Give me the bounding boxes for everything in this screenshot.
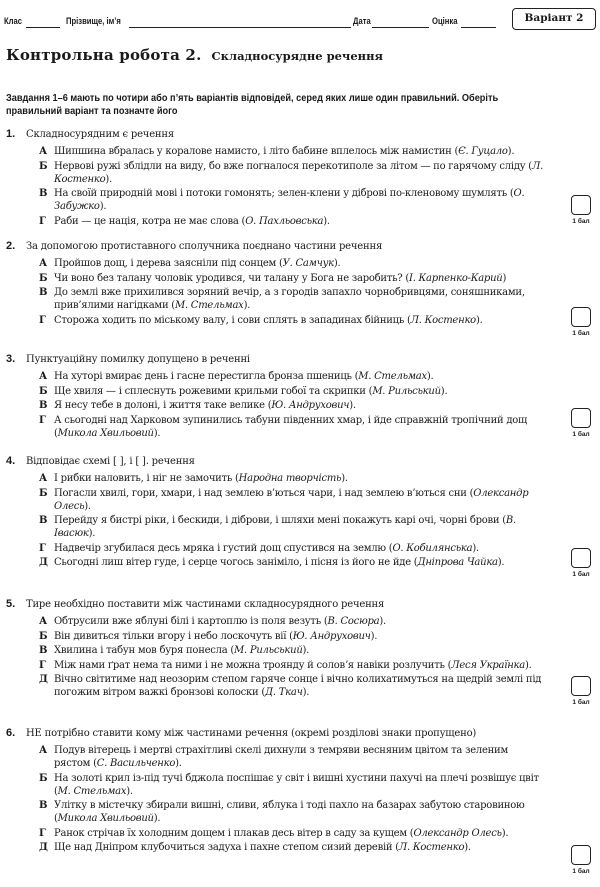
option-end: ). xyxy=(154,813,161,824)
option-author: Л. Костенко xyxy=(399,842,464,853)
option-end: ). xyxy=(371,631,378,642)
question-header: 6.НЕ потрібно ставити кому між частинами… xyxy=(6,726,596,741)
task-5: 5.Тире необхідно поставити між частинами… xyxy=(6,597,596,701)
option-item[interactable]: АОбтрусили вже яблуні білі і картоплю із… xyxy=(39,615,544,628)
option-item[interactable]: ГНадвечір згубилася десь мряка і густий … xyxy=(39,542,544,555)
option-item[interactable]: ВУлітку в містечку збирали вишні, сливи,… xyxy=(39,799,544,825)
answer-area-2: 1 бал xyxy=(569,307,593,337)
option-author: Народна творчість xyxy=(239,473,342,484)
option-letter: Д xyxy=(39,841,48,854)
title-sub: Складносурядне речення xyxy=(212,49,384,63)
option-item[interactable]: БПогасли хвилі, гори, хмари, і над земле… xyxy=(39,487,544,513)
option-letter: Б xyxy=(39,772,47,785)
question-text: За допомогою протиставного сполучника по… xyxy=(26,241,382,252)
option-author: Д. Ткач xyxy=(265,687,303,698)
option-text: Ранок стрічав їх холодним дощем і плакав… xyxy=(54,828,413,839)
question-text: Складносурядним є речення xyxy=(26,129,174,140)
task-3: 3.Пунктуаційну помилку допущено в реченн… xyxy=(6,352,596,441)
answer-box[interactable] xyxy=(571,408,591,428)
option-text: Обтрусили вже яблуні білі і картоплю із … xyxy=(54,616,327,627)
option-text: Між нами ґрат нема та ними і не можна тр… xyxy=(54,660,451,671)
option-letter: А xyxy=(39,370,47,383)
option-end: ). xyxy=(323,216,330,227)
task-4: 4.Відповідає схемі [ ], і [ ]. реченняАІ… xyxy=(6,454,596,571)
option-item[interactable]: ВПерейду я бистрі ріки, і бескиди, і діб… xyxy=(39,514,544,540)
option-text: Сторожа ходить по міському валу, і сови … xyxy=(54,315,411,326)
option-letter: А xyxy=(39,145,47,158)
option-item[interactable]: ВЯ несу тебе в долоні, і життя таке вели… xyxy=(39,399,544,412)
option-author: В. Сосюра xyxy=(327,616,379,627)
option-letter: Б xyxy=(39,160,47,173)
task-6: 6.НЕ потрібно ставити кому між частинами… xyxy=(6,726,596,856)
option-letter: В xyxy=(39,514,47,527)
option-item[interactable]: БНервові ружі зблідли на виду, бо вже по… xyxy=(39,160,544,186)
option-letter: В xyxy=(39,799,47,812)
question-header: 3.Пунктуаційну помилку допущено в реченн… xyxy=(6,352,596,367)
date-field[interactable] xyxy=(372,27,429,28)
option-end: ). xyxy=(100,201,107,212)
question-number: 2. xyxy=(6,239,26,253)
option-letter: Б xyxy=(39,385,47,398)
score-label: 1 бал xyxy=(569,699,593,706)
option-text: Сьогодні лиш вітер гуде, і серце чогось … xyxy=(54,557,417,568)
option-author: М. Стельмах xyxy=(175,300,244,311)
option-item[interactable]: ГРанок стрічав їх холодним дощем і плака… xyxy=(39,827,544,840)
option-end: ). xyxy=(303,687,310,698)
answer-area-1: 1 бал xyxy=(569,195,593,225)
grade-field[interactable] xyxy=(461,27,496,28)
answer-box[interactable] xyxy=(571,195,591,215)
option-item[interactable]: БВін дивиться тільки вгору і небо лоскоч… xyxy=(39,630,544,643)
question-number: 3. xyxy=(6,352,26,366)
answer-area-3: 1 бал xyxy=(569,408,593,438)
option-author: М. Стельмах xyxy=(358,371,427,382)
option-text: Хвилина і табун мов буря понесла ( xyxy=(54,645,234,656)
question-header: 5.Тире необхідно поставити між частинами… xyxy=(6,597,596,612)
option-item[interactable]: ГМіж нами ґрат нема та ними і не можна т… xyxy=(39,659,544,672)
option-letter: В xyxy=(39,644,47,657)
option-letter: Д xyxy=(39,673,48,686)
option-item[interactable]: БЩе хвиля — і сплеснуть рожевими крильми… xyxy=(39,385,544,398)
option-item[interactable]: АШипшина вбралась у коралове намисто, і … xyxy=(39,145,544,158)
option-author: О. Пахльовська xyxy=(245,216,323,227)
option-author: Л. Костенко xyxy=(411,315,476,326)
option-text: Ще хвиля — і сплеснуть рожевими крильми … xyxy=(54,386,372,397)
grade-label: Оцінка xyxy=(432,16,457,26)
option-letter: Б xyxy=(39,272,47,285)
option-letter: В xyxy=(39,399,47,412)
header-fields: Клас Прізвище, ім’я Дата Оцінка Варіант … xyxy=(4,8,596,30)
question-header: 1.Складносурядним є речення xyxy=(6,127,596,142)
option-end: ). xyxy=(476,315,483,326)
option-letter: А xyxy=(39,615,47,628)
option-text: І рибки наловить, і ніг не замочить ( xyxy=(54,473,239,484)
name-field[interactable] xyxy=(129,27,351,28)
option-letter: В xyxy=(39,286,47,299)
option-letter: В xyxy=(39,187,47,200)
options-list: АШипшина вбралась у коралове намисто, і … xyxy=(39,145,544,228)
option-end: ). xyxy=(126,786,133,797)
options-list: АІ рибки наловить, і ніг не замочить (На… xyxy=(39,472,544,569)
answer-area-4: 1 бал xyxy=(569,548,593,578)
option-end: ). xyxy=(303,645,310,656)
options-list: АПройшов дощ, і дерева заясніли під сонц… xyxy=(39,257,544,327)
option-author: Дніпрова Чайка xyxy=(417,557,497,568)
option-end: ). xyxy=(89,528,96,539)
option-author: М. Стельмах xyxy=(58,786,127,797)
option-text: Погасли хвилі, гори, хмари, і над землею… xyxy=(54,488,473,499)
option-text: Шипшина вбралась у коралове намисто, і л… xyxy=(54,146,458,157)
option-item[interactable]: ГСторожа ходить по міському валу, і сови… xyxy=(39,314,544,327)
option-letter: Г xyxy=(39,414,46,427)
question-number: 1. xyxy=(6,127,26,141)
option-letter: Д xyxy=(39,556,48,569)
option-text: На хуторі вмирає день і гасне перестигла… xyxy=(54,371,358,382)
answer-box[interactable] xyxy=(571,307,591,327)
question-text: НЕ потрібно ставити кому між частинами р… xyxy=(26,728,476,739)
class-label: Клас xyxy=(4,16,22,26)
option-author: Є. Гуцало xyxy=(458,146,508,157)
option-letter: А xyxy=(39,257,47,270)
option-end: ). xyxy=(441,386,448,397)
option-item[interactable]: БЧи воно без талану чоловік уродився, чи… xyxy=(39,272,544,285)
option-text: Чи воно без талану чоловік уродився, чи … xyxy=(54,273,409,284)
option-text: На своїй природній мові і потоки гомонят… xyxy=(54,188,514,199)
option-author: Микола Хвильовий xyxy=(58,813,154,824)
option-end: ). xyxy=(334,258,341,269)
option-text: Пройшов дощ, і дерева заясніли під сонце… xyxy=(54,258,283,269)
option-letter: А xyxy=(39,744,47,757)
score-label: 1 бал xyxy=(569,571,593,578)
date-label: Дата xyxy=(353,16,371,26)
answer-box[interactable] xyxy=(571,676,591,696)
option-text: Нервові ружі зблідли на виду, бо вже пог… xyxy=(54,161,532,172)
option-end: ). xyxy=(84,501,91,512)
option-author: М. Рильський xyxy=(372,386,440,397)
answer-area-5: 1 бал xyxy=(569,676,593,706)
option-end: ). xyxy=(427,371,434,382)
option-letter: Г xyxy=(39,314,46,327)
class-field[interactable] xyxy=(26,27,60,28)
option-item[interactable]: ДЩе над Дніпром клубочиться задуха і пах… xyxy=(39,841,544,854)
option-author: Леся Українка xyxy=(451,660,525,671)
option-text: Він дивиться тільки вгору і небо лоскочу… xyxy=(54,631,293,642)
option-author: У. Самчук xyxy=(283,258,334,269)
score-label: 1 бал xyxy=(569,431,593,438)
option-text: До землі вже прихилився зоряний вечір, а… xyxy=(54,287,525,311)
answer-box[interactable] xyxy=(571,548,591,568)
question-header: 2.За допомогою протиставного сполучника … xyxy=(6,239,596,254)
question-number: 5. xyxy=(6,597,26,611)
option-item[interactable]: АПройшов дощ, і дерева заясніли під сонц… xyxy=(39,257,544,270)
option-end: ). xyxy=(502,828,509,839)
option-letter: А xyxy=(39,472,47,485)
question-text: Тире необхідно поставити між частинами с… xyxy=(26,599,384,610)
option-end: ). xyxy=(244,300,251,311)
score-label: 1 бал xyxy=(569,218,593,225)
option-item[interactable]: ГА сьогодні над Харковом зупинились табу… xyxy=(39,414,544,440)
option-item[interactable]: АПодув вітерець і мертві страхітливі ске… xyxy=(39,744,544,770)
option-end: ). xyxy=(525,660,532,671)
score-label: 1 бал xyxy=(569,868,593,875)
option-text: Я несу тебе в долоні, і життя таке велик… xyxy=(54,400,271,411)
answer-box[interactable] xyxy=(571,845,591,865)
question-text: Відповідає схемі [ ], і [ ]. речення xyxy=(26,456,195,467)
question-number: 4. xyxy=(6,454,26,468)
option-author: Ю. Андрухович xyxy=(271,400,349,411)
option-letter: Г xyxy=(39,827,46,840)
name-label: Прізвище, ім’я xyxy=(66,16,121,26)
option-text: Раби — це нація, котра не має слова ( xyxy=(54,216,245,227)
option-end: ). xyxy=(464,842,471,853)
question-header: 4.Відповідає схемі [ ], і [ ]. речення xyxy=(6,454,596,469)
option-text: Ще над Дніпром клубочиться задуха і пахн… xyxy=(54,842,399,853)
options-list: АНа хуторі вмирає день і гасне перестигл… xyxy=(39,370,544,440)
title-main: Контрольна робота 2. xyxy=(6,46,202,64)
option-end: ). xyxy=(105,174,112,185)
option-author: Олександр Олесь xyxy=(413,828,501,839)
option-end: ). xyxy=(379,616,386,627)
option-text: Надвечір згубилася десь мряка і густий д… xyxy=(54,543,392,554)
option-item[interactable]: ДСьогодні лиш вітер гуде, і серце чогось… xyxy=(39,556,544,569)
option-author: Ю. Андрухович xyxy=(293,631,371,642)
options-list: АОбтрусили вже яблуні білі і картоплю із… xyxy=(39,615,544,699)
option-letter: Б xyxy=(39,630,47,643)
option-author: М. Рильський xyxy=(234,645,302,656)
option-author: О. Кобилянська xyxy=(392,543,472,554)
score-label: 1 бал xyxy=(569,330,593,337)
task-2: 2.За допомогою протиставного сполучника … xyxy=(6,239,596,328)
option-item[interactable]: ВДо землі вже прихилився зоряний вечір, … xyxy=(39,286,544,312)
option-item[interactable]: ДВічно світитиме над неозорим степом гар… xyxy=(39,673,544,699)
option-author: С. Васильченко xyxy=(97,758,175,769)
task-1: 1.Складносурядним є реченняАШипшина вбра… xyxy=(6,127,596,229)
option-text: Перейду я бистрі ріки, і бескиди, і дібр… xyxy=(54,515,506,526)
option-end: ). xyxy=(508,146,515,157)
option-author: Микола Хвильовий xyxy=(58,428,154,439)
option-end: ). xyxy=(472,543,479,554)
question-text: Пунктуаційну помилку допущено в реченні xyxy=(26,354,250,365)
options-list: АПодув вітерець і мертві страхітливі ске… xyxy=(39,744,544,854)
instructions: Завдання 1–6 мають по чотири або п’ять в… xyxy=(6,92,503,118)
option-end: ) xyxy=(502,273,506,284)
option-item[interactable]: ГРаби — це нація, котра не має слова (О.… xyxy=(39,215,544,228)
option-letter: Г xyxy=(39,542,46,555)
option-item[interactable]: ВХвилина і табун мов буря понесла (М. Ри… xyxy=(39,644,544,657)
option-letter: Г xyxy=(39,215,46,228)
answer-area-6: 1 бал xyxy=(569,845,593,875)
question-number: 6. xyxy=(6,726,26,740)
page-title: Контрольна робота 2.Складносурядне речен… xyxy=(6,45,383,64)
option-item[interactable]: БНа золоті крил із-під тучі бджола поспі… xyxy=(39,772,544,798)
option-end: ). xyxy=(154,428,161,439)
option-item[interactable]: АІ рибки наловить, і ніг не замочить (На… xyxy=(39,472,544,485)
option-end: ). xyxy=(341,473,348,484)
option-end: ). xyxy=(498,557,505,568)
option-item[interactable]: АНа хуторі вмирає день і гасне перестигл… xyxy=(39,370,544,383)
option-letter: Г xyxy=(39,659,46,672)
option-letter: Б xyxy=(39,487,47,500)
option-author: І. Карпенко-Карий xyxy=(409,273,502,284)
variant-badge: Варіант 2 xyxy=(512,8,596,30)
option-end: ). xyxy=(175,758,182,769)
option-item[interactable]: ВНа своїй природній мові і потоки гомоня… xyxy=(39,187,544,213)
option-end: ). xyxy=(349,400,356,411)
